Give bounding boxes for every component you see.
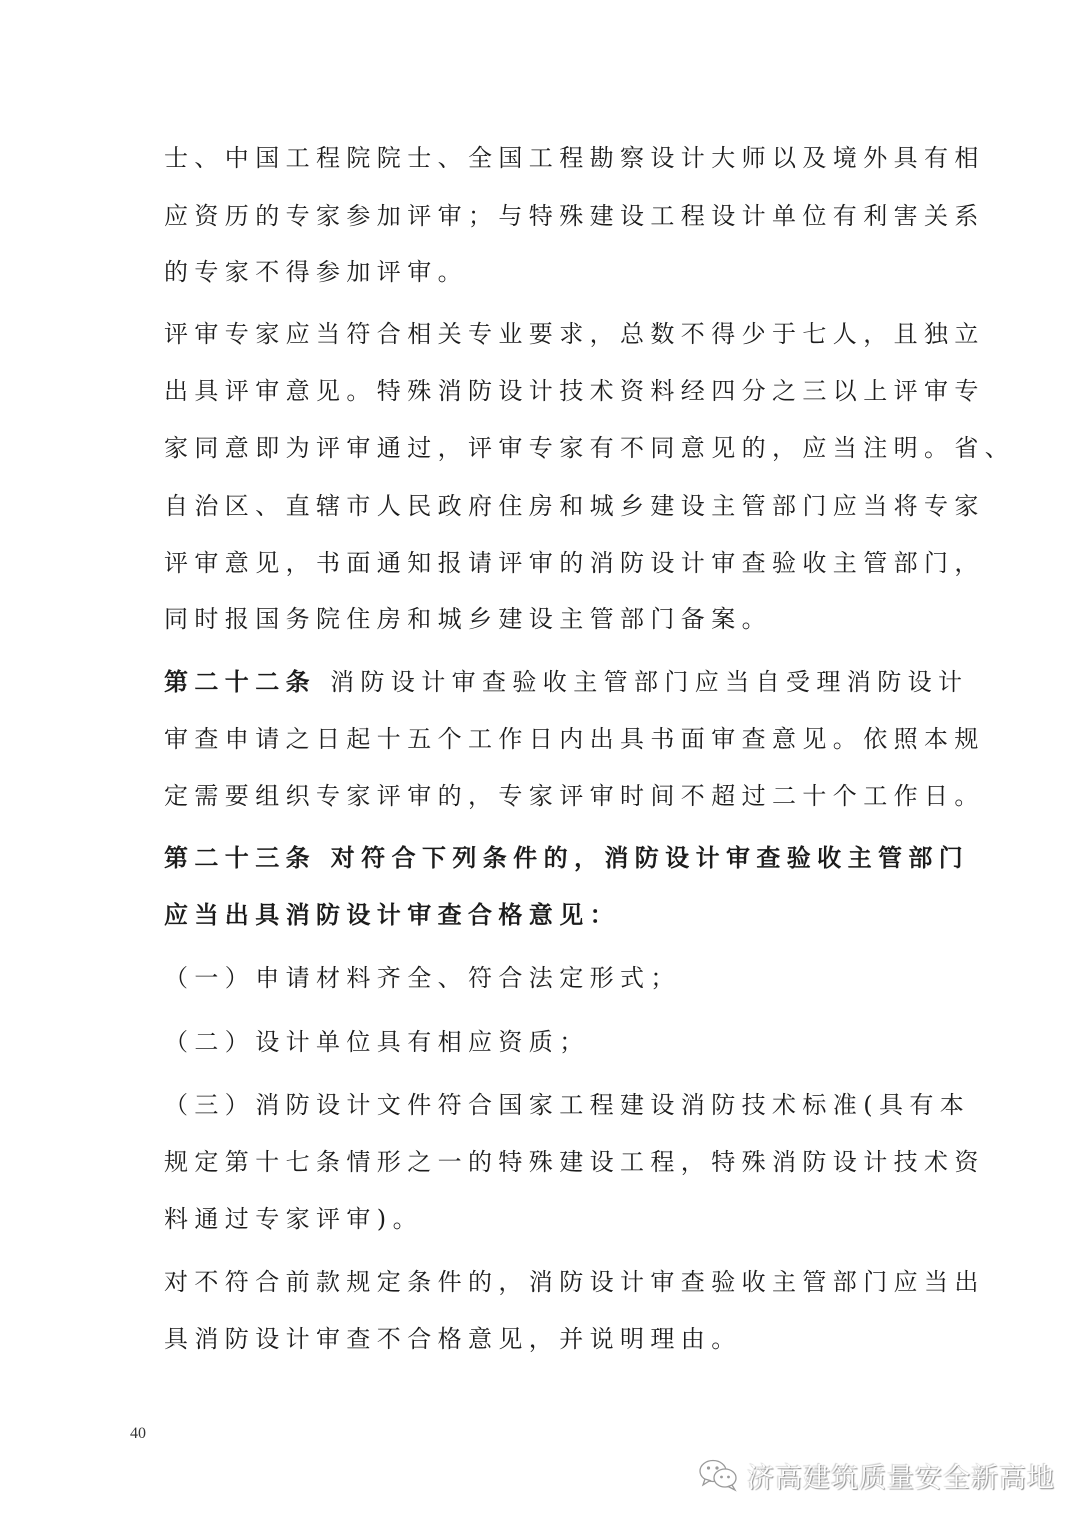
- condition-item: （三）消防设计文件符合国家工程建设消防技术标准(具有本: [164, 1085, 924, 1125]
- paragraph-line: 评审专家应当符合相关专业要求，总数不得少于七人，且独立: [164, 314, 924, 354]
- page-number: 40: [130, 1425, 146, 1443]
- article-22-text: 消防设计审查验收主管部门应当自受理消防设计: [330, 668, 968, 696]
- paragraph-line: 审查申请之日起十五个工作日内出具书面审查意见。依照本规: [164, 719, 924, 759]
- watermark: 济高建筑质量安全新高地: [697, 1457, 1055, 1493]
- paragraph-line: 定需要组织专家评审的，专家评审时间不超过二十个工作日。: [164, 776, 924, 816]
- condition-item: （二）设计单位具有相应资质；: [164, 1022, 924, 1062]
- condition-item: （一）申请材料齐全、符合法定形式；: [164, 958, 924, 998]
- paragraph-line: 料通过专家评审)。: [164, 1199, 924, 1239]
- article-22-line: 第二十二条消防设计审查验收主管部门应当自受理消防设计: [164, 662, 924, 702]
- paragraph-line: 评审意见，书面通知报请评审的消防设计审查验收主管部门，: [164, 543, 924, 583]
- paragraph-line: 对不符合前款规定条件的，消防设计审查验收主管部门应当出: [164, 1262, 924, 1302]
- paragraph-line: 应资历的专家参加评审；与特殊建设工程设计单位有利害关系: [164, 196, 924, 236]
- paragraph-line: 同时报国务院住房和城乡建设主管部门备案。: [164, 599, 924, 639]
- document-page: 士、中国工程院院士、全国工程勘察设计大师以及境外具有相 应资历的专家参加评审；与…: [0, 0, 1080, 1527]
- wechat-icon: [697, 1457, 741, 1493]
- paragraph-line: 规定第十七条情形之一的特殊建设工程，特殊消防设计技术资: [164, 1142, 924, 1182]
- article-22-heading: 第二十二条: [164, 667, 316, 696]
- article-23-line-2: 应当出具消防设计审查合格意见：: [164, 895, 924, 935]
- watermark-text: 济高建筑质量安全新高地: [747, 1456, 1055, 1495]
- paragraph-line: 自治区、直辖市人民政府住房和城乡建设主管部门应当将专家: [164, 486, 924, 526]
- paragraph-line: 的专家不得参加评审。: [164, 252, 924, 292]
- article-23-line: 第二十三条 对符合下列条件的，消防设计审查验收主管部门: [164, 838, 924, 878]
- paragraph-line: 士、中国工程院院士、全国工程勘察设计大师以及境外具有相: [164, 138, 924, 178]
- paragraph-line: 具消防设计审查不合格意见，并说明理由。: [164, 1319, 924, 1359]
- article-23-heading: 第二十三条: [164, 843, 316, 872]
- paragraph-line: 家同意即为评审通过，评审专家有不同意见的，应当注明。省、: [164, 428, 924, 468]
- paragraph-line: 出具评审意见。特殊消防设计技术资料经四分之三以上评审专: [164, 371, 924, 411]
- article-23-text: 对符合下列条件的，消防设计审查验收主管部门: [331, 843, 969, 872]
